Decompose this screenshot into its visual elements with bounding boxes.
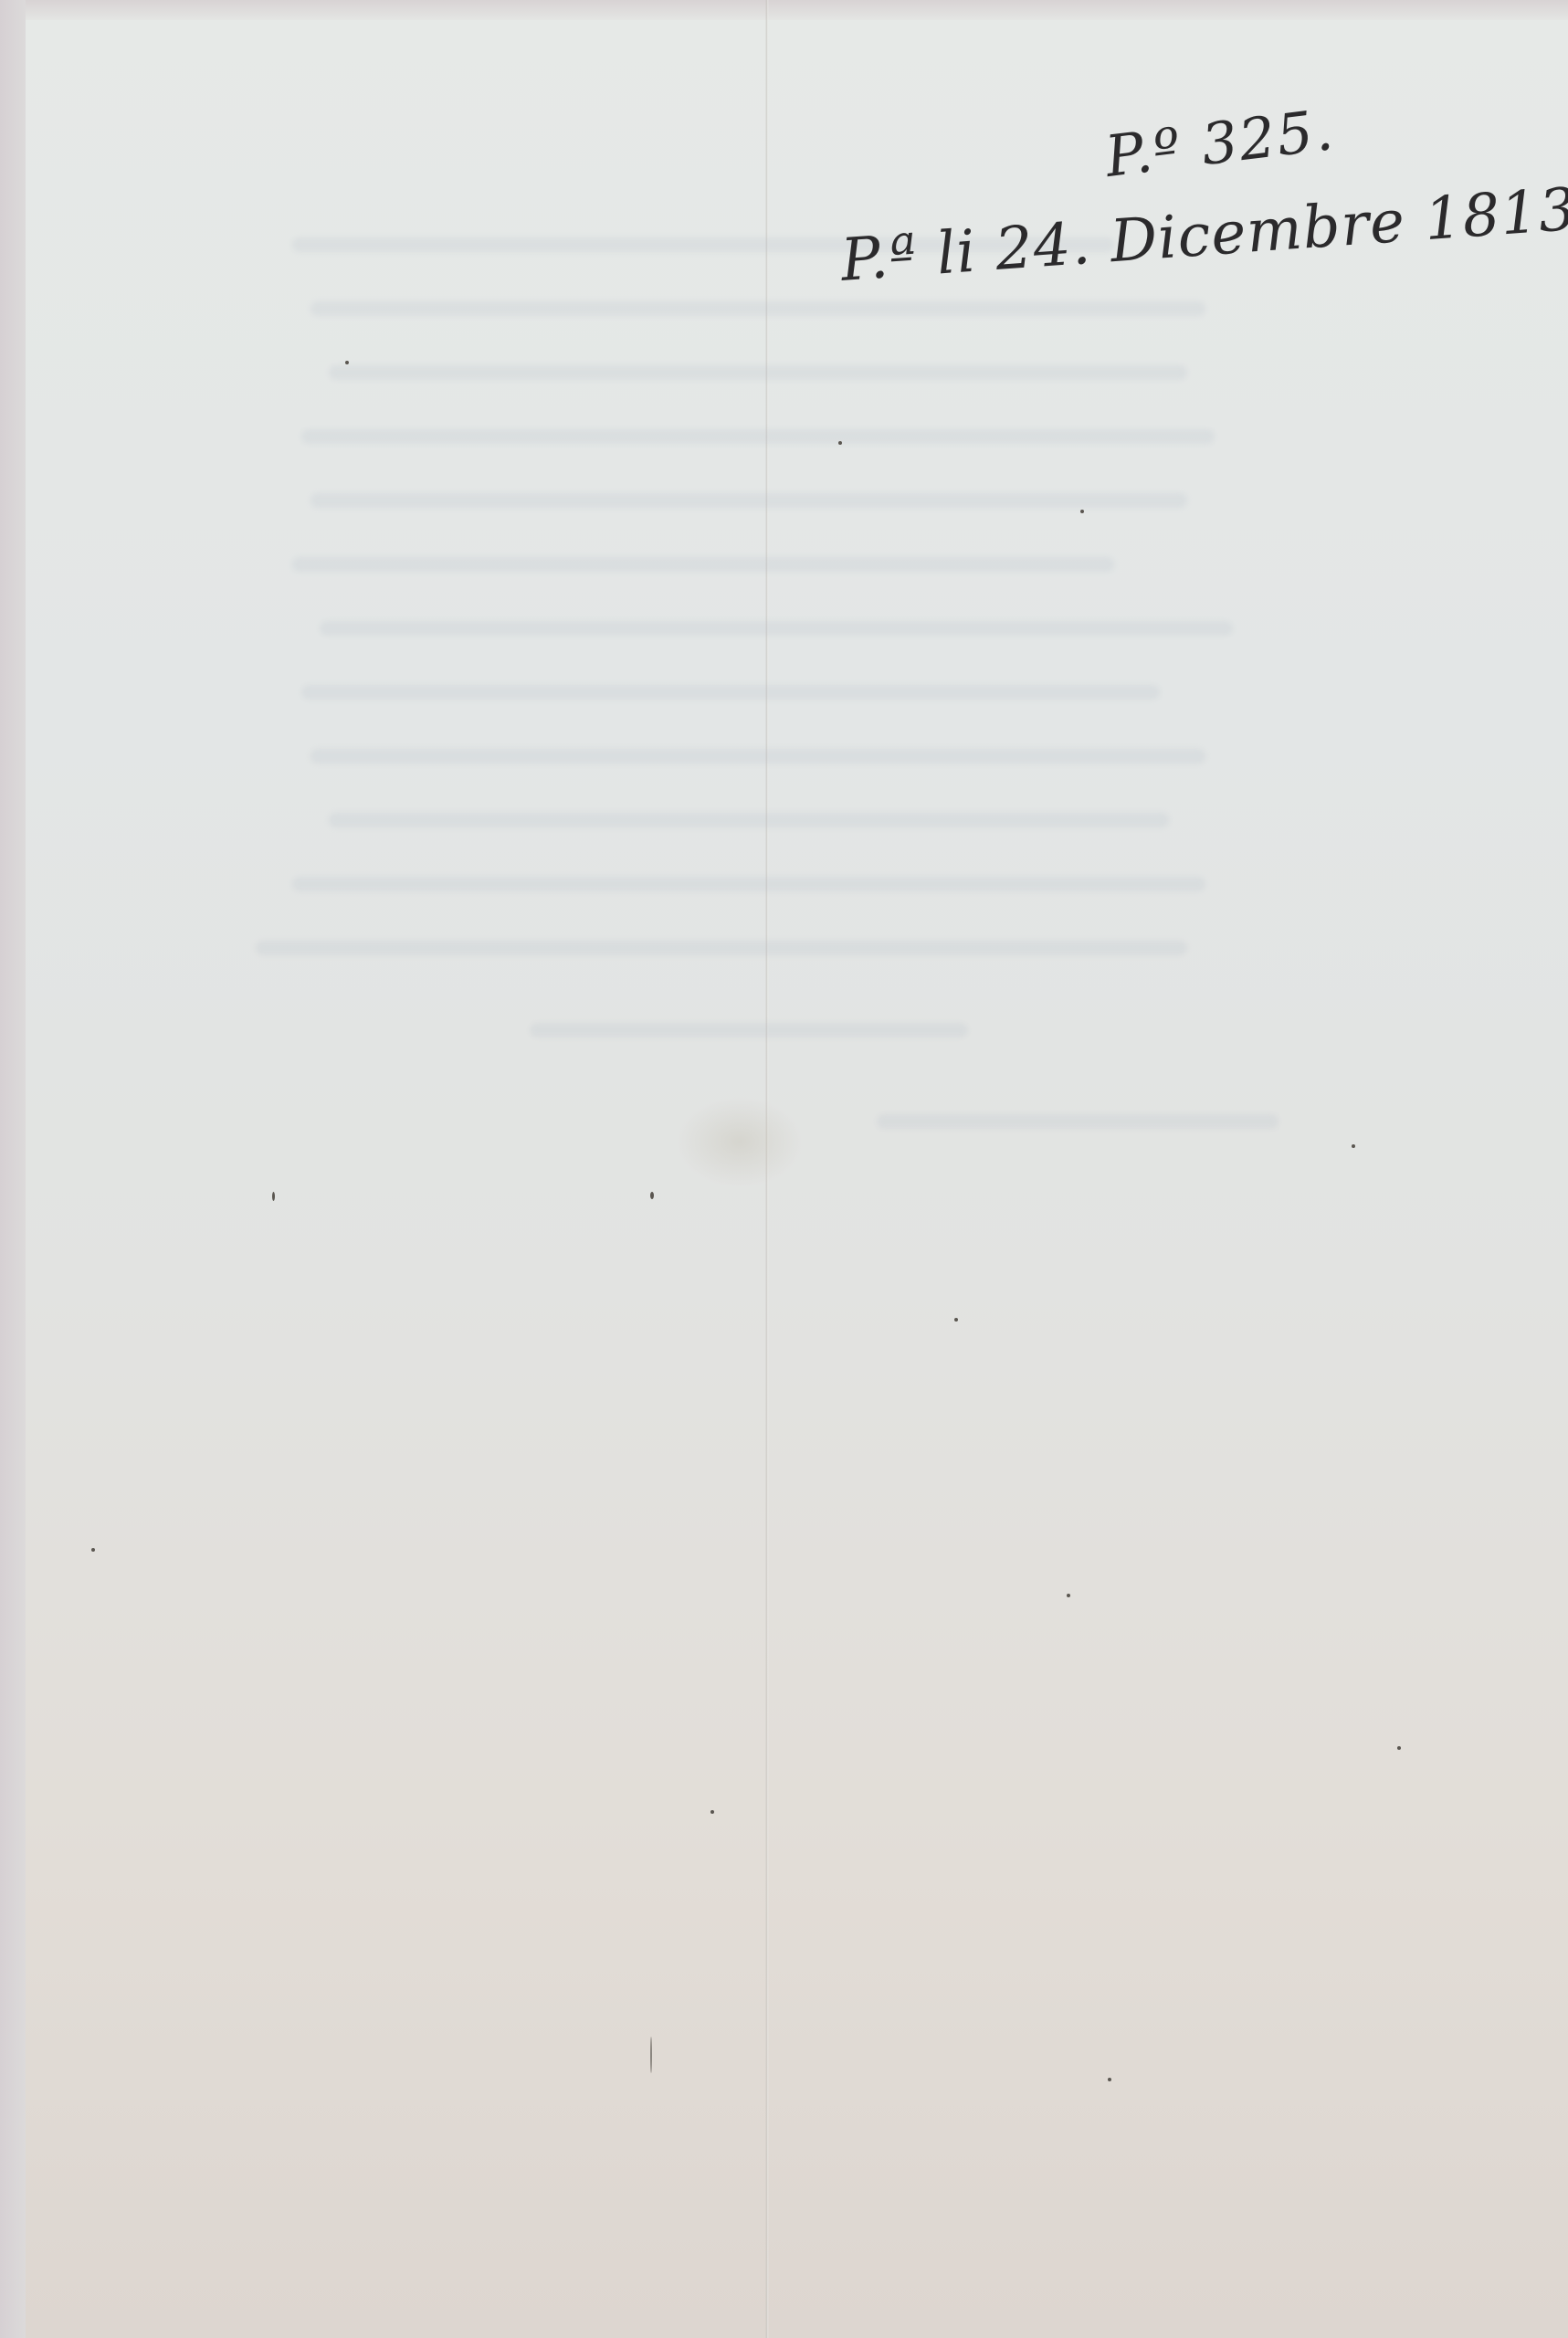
paper-left-edge	[0, 0, 26, 2338]
annotation-date: P.ª li 24. Dicembre 1813.	[838, 174, 1568, 295]
paper-top-edge	[0, 0, 1568, 20]
paper-sheet: P.º 325. P.ª li 24. Dicembre 1813.	[0, 0, 1568, 2338]
annotation-reference-number: P.º 325.	[1101, 96, 1338, 190]
handwritten-annotation: P.º 325. P.ª li 24. Dicembre 1813.	[840, 100, 1498, 301]
bleed-through-text	[256, 219, 1315, 1178]
